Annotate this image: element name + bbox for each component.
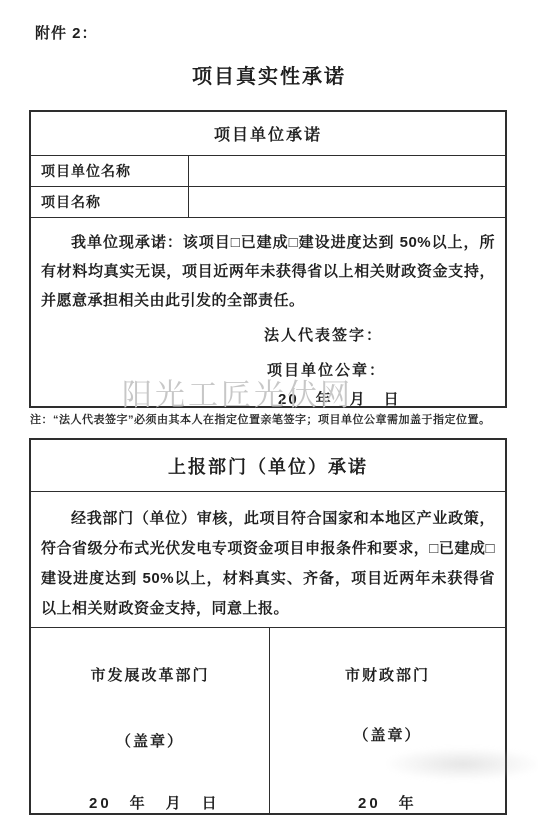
development-reform-dept-cell: 市发展改革部门 （盖章） 20 年 月 日 (31, 628, 270, 813)
finance-dept-cell: 市财政部门 （盖章） 20 年 (270, 628, 505, 813)
project-name-value-cell (189, 187, 505, 217)
attachment-label: 附件 2： (35, 22, 98, 43)
unit-commitment-table-header: 项目单位承诺 (31, 112, 505, 156)
report-commitment-text: 经我部门（单位）审核，此项目符合国家和本地区产业政策，符合省级分布式光伏发电专项… (31, 504, 505, 624)
unit-date-line: 20 年 月 日 (278, 388, 401, 409)
development-reform-dept-label: 市发展改革部门 (31, 664, 269, 685)
finance-dept-label: 市财政部门 (270, 664, 505, 685)
report-signature-row: 市发展改革部门 （盖章） 20 年 月 日 市财政部门 （盖章） 20 年 (31, 628, 505, 813)
project-name-label: 项目名称 (31, 187, 189, 217)
dept-date-line: 20 年 月 日 (89, 792, 220, 813)
unit-commitment-text: 我单位现承诺：该项目□已建成□建设进度达到 50%以上，所有材料均真实无误，项目… (31, 228, 505, 315)
legal-representative-signature-label: 法人代表签字： (264, 324, 383, 345)
page-title: 项目真实性承诺 (0, 60, 538, 89)
dept-date-line: 20 年 (358, 792, 417, 813)
report-commitment-table-header: 上报部门（单位）承诺 (31, 440, 505, 492)
report-commitment-table: 上报部门（单位）承诺 经我部门（单位）审核，此项目符合国家和本地区产业政策，符合… (29, 438, 507, 815)
project-unit-name-value-cell (189, 156, 505, 186)
seal-here-label: （盖章） (31, 730, 269, 751)
document-page: { "page": { "attachment_label": "附件 2：",… (0, 0, 538, 826)
project-unit-name-label: 项目单位名称 (31, 156, 189, 186)
table-row: 项目单位名称 (31, 156, 505, 187)
report-commitment-body-cell: 经我部门（单位）审核，此项目符合国家和本地区产业政策，符合省级分布式光伏发电专项… (31, 492, 505, 628)
unit-official-seal-label: 项目单位公章： (267, 359, 386, 380)
unit-commitment-body-cell: 我单位现承诺：该项目□已建成□建设进度达到 50%以上，所有材料均真实无误，项目… (31, 218, 505, 406)
footnote: 注：“法人代表签字”必须由其本人在指定位置亲笔签字；项目单位公章需加盖于指定位置… (30, 411, 510, 427)
table-row: 项目名称 (31, 187, 505, 218)
unit-commitment-table: 项目单位承诺 项目单位名称 项目名称 我单位现承诺：该项目□已建成□建设进度达到… (29, 110, 507, 408)
seal-here-label: （盖章） (270, 724, 505, 745)
